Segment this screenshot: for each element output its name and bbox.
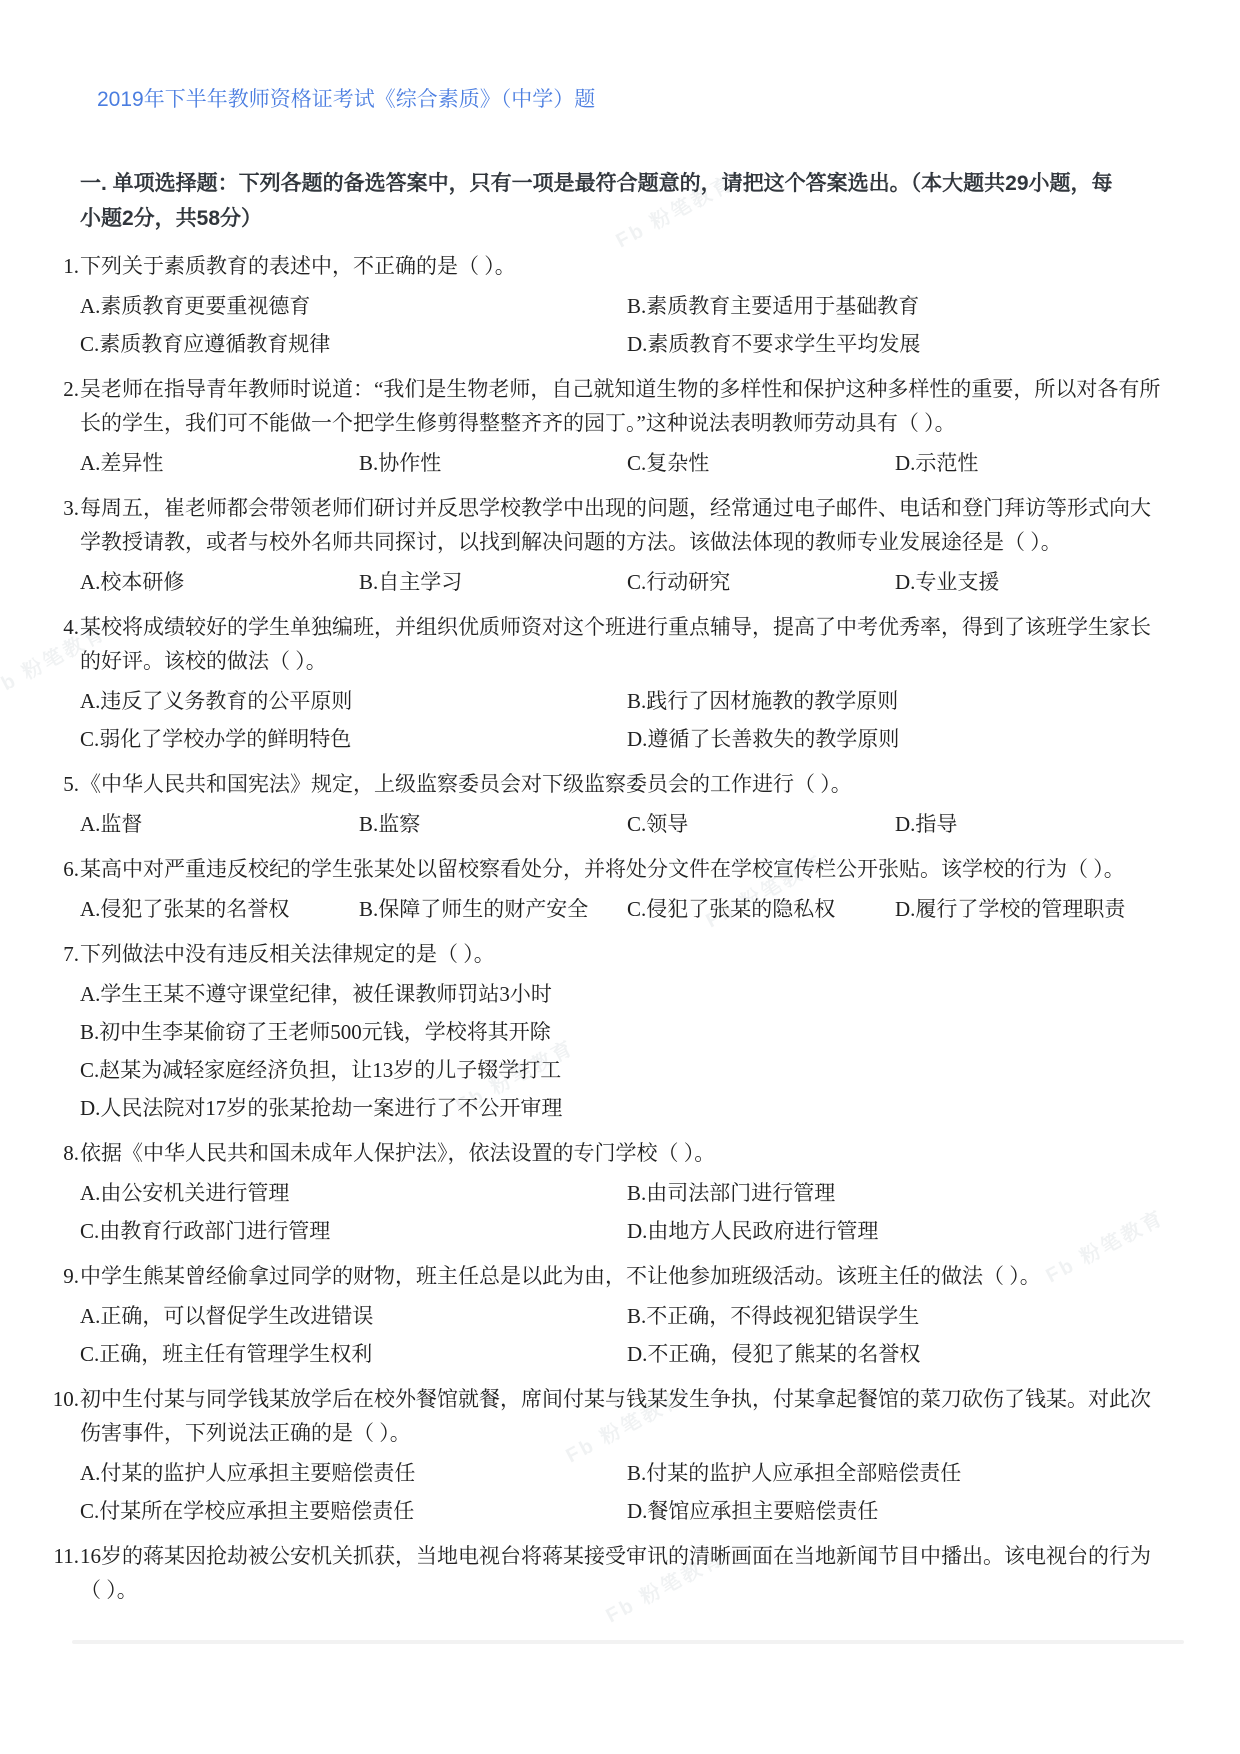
- options: A.素质教育更要重视德育B.素质教育主要适用于基础教育C.素质教育应遵循教育规律…: [80, 292, 1166, 359]
- option-C: C.行动研究: [627, 568, 895, 597]
- option-D: D.示范性: [895, 449, 1166, 478]
- question-stem: 8.依据《中华人民共和国未成年人保护法》，依法设置的专门学校（ ）。: [80, 1136, 1166, 1170]
- option-D: D.人民法院对17岁的张某抢劫一案进行了不公开审理: [80, 1094, 1166, 1123]
- option-A: A.由公安机关进行管理: [80, 1179, 627, 1208]
- option-C: C.复杂性: [627, 449, 895, 478]
- question-8: 8.依据《中华人民共和国未成年人保护法》，依法设置的专门学校（ ）。A.由公安机…: [80, 1136, 1166, 1246]
- option-B: B.初中生李某偷窃了王老师500元钱，学校将其开除: [80, 1018, 1166, 1047]
- option-B: B.践行了因材施教的教学原则: [627, 687, 1166, 716]
- question-text: 《中华人民共和国宪法》规定，上级监察委员会对下级监察委员会的工作进行（ ）。: [80, 772, 852, 796]
- option-B: B.协作性: [359, 449, 627, 478]
- question-number: 2.: [63, 372, 80, 406]
- question-number: 11.: [54, 1539, 80, 1573]
- question-number: 7.: [63, 937, 80, 971]
- section-header: 一. 单项选择题：下列各题的备选答案中，只有一项是最符合题意的，请把这个答案选出…: [80, 166, 1126, 236]
- options: A.差异性B.协作性C.复杂性D.示范性: [80, 449, 1166, 478]
- question-number: 5.: [63, 767, 80, 801]
- options: A.学生王某不遵守课堂纪律，被任课教师罚站3小时B.初中生李某偷窃了王老师500…: [80, 980, 1166, 1123]
- option-A: A.学生王某不遵守课堂纪律，被任课教师罚站3小时: [80, 980, 1166, 1009]
- option-A: A.素质教育更要重视德育: [80, 292, 627, 321]
- option-B: B.监察: [359, 810, 627, 839]
- option-B: B.由司法部门进行管理: [627, 1179, 1166, 1208]
- option-A: A.正确，可以督促学生改进错误: [80, 1302, 627, 1331]
- question-text: 依据《中华人民共和国未成年人保护法》，依法设置的专门学校（ ）。: [80, 1141, 715, 1165]
- question-number: 4.: [63, 610, 80, 644]
- question-9: 9.中学生熊某曾经偷拿过同学的财物，班主任总是以此为由，不让他参加班级活动。该班…: [80, 1259, 1166, 1369]
- question-1: 1.下列关于素质教育的表述中，不正确的是（ ）。A.素质教育更要重视德育B.素质…: [80, 249, 1166, 359]
- question-number: 9.: [63, 1259, 80, 1293]
- option-A: A.监督: [80, 810, 359, 839]
- question-stem: 6.某高中对严重违反校纪的学生张某处以留校察看处分，并将处分文件在学校宣传栏公开…: [80, 852, 1166, 886]
- option-C: C.素质教育应遵循教育规律: [80, 330, 627, 359]
- question-text: 16岁的蒋某因抢劫被公安机关抓获，当地电视台将蒋某接受审讯的清晰画面在当地新闻节…: [80, 1544, 1151, 1602]
- question-4: 4.某校将成绩较好的学生单独编班，并组织优质师资对这个班进行重点辅导，提高了中考…: [80, 610, 1166, 754]
- question-text: 下列关于素质教育的表述中，不正确的是（ ）。: [80, 254, 516, 278]
- option-A: A.付某的监护人应承担主要赔偿责任: [80, 1459, 627, 1488]
- options: A.监督B.监察C.领导D.指导: [80, 810, 1166, 839]
- option-D: D.由地方人民政府进行管理: [627, 1217, 1166, 1246]
- question-stem: 2.吴老师在指导青年教师时说道：“我们是生物老师，自己就知道生物的多样性和保护这…: [80, 372, 1166, 440]
- question-11: 11.16岁的蒋某因抢劫被公安机关抓获，当地电视台将蒋某接受审讯的清晰画面在当地…: [80, 1539, 1166, 1607]
- question-number: 10.: [53, 1382, 80, 1416]
- option-A: A.侵犯了张某的名誉权: [80, 895, 359, 924]
- options: A.侵犯了张某的名誉权B.保障了师生的财产安全C.侵犯了张某的隐私权D.履行了学…: [80, 895, 1166, 924]
- option-B: B.保障了师生的财产安全: [359, 895, 627, 924]
- question-stem: 5.《中华人民共和国宪法》规定，上级监察委员会对下级监察委员会的工作进行（ ）。: [80, 767, 1166, 801]
- questions-list: 1.下列关于素质教育的表述中，不正确的是（ ）。A.素质教育更要重视德育B.素质…: [80, 249, 1166, 1607]
- question-3: 3.每周五，崔老师都会带领老师们研讨并反思学校教学中出现的问题，经常通过电子邮件…: [80, 491, 1166, 597]
- question-text: 某校将成绩较好的学生单独编班，并组织优质师资对这个班进行重点辅导，提高了中考优秀…: [80, 615, 1151, 673]
- options: A.由公安机关进行管理B.由司法部门进行管理C.由教育行政部门进行管理D.由地方…: [80, 1179, 1166, 1246]
- question-text: 初中生付某与同学钱某放学后在校外餐馆就餐，席间付某与钱某发生争执，付某拿起餐馆的…: [80, 1387, 1151, 1445]
- question-number: 3.: [63, 491, 80, 525]
- option-C: C.付某所在学校应承担主要赔偿责任: [80, 1497, 627, 1526]
- option-C: C.领导: [627, 810, 895, 839]
- question-stem: 9.中学生熊某曾经偷拿过同学的财物，班主任总是以此为由，不让他参加班级活动。该班…: [80, 1259, 1166, 1293]
- options: A.校本研修B.自主学习C.行动研究D.专业支援: [80, 568, 1166, 597]
- question-text: 中学生熊某曾经偷拿过同学的财物，班主任总是以此为由，不让他参加班级活动。该班主任…: [80, 1264, 1041, 1288]
- option-C: C.正确，班主任有管理学生权利: [80, 1340, 627, 1369]
- question-2: 2.吴老师在指导青年教师时说道：“我们是生物老师，自己就知道生物的多样性和保护这…: [80, 372, 1166, 478]
- option-D: D.素质教育不要求学生平均发展: [627, 330, 1166, 359]
- question-text: 某高中对严重违反校纪的学生张某处以留校察看处分，并将处分文件在学校宣传栏公开张贴…: [80, 857, 1125, 881]
- option-C: C.由教育行政部门进行管理: [80, 1217, 627, 1246]
- page-title: 2019年下半年教师资格证考试《综合素质》（中学）题: [97, 86, 1240, 114]
- option-C: C.赵某为减轻家庭经济负担，让13岁的儿子辍学打工: [80, 1056, 1166, 1085]
- options: A.违反了义务教育的公平原则B.践行了因材施教的教学原则C.弱化了学校办学的鲜明…: [80, 687, 1166, 754]
- question-5: 5.《中华人民共和国宪法》规定，上级监察委员会对下级监察委员会的工作进行（ ）。…: [80, 767, 1166, 839]
- option-D: D.专业支援: [895, 568, 1166, 597]
- question-text: 吴老师在指导青年教师时说道：“我们是生物老师，自己就知道生物的多样性和保护这种多…: [80, 377, 1160, 435]
- option-B: B.素质教育主要适用于基础教育: [627, 292, 1166, 321]
- question-text: 下列做法中没有违反相关法律规定的是（ ）。: [80, 942, 495, 966]
- option-D: D.履行了学校的管理职责: [895, 895, 1166, 924]
- option-C: C.弱化了学校办学的鲜明特色: [80, 725, 627, 754]
- question-number: 6.: [63, 852, 80, 886]
- question-number: 1.: [63, 249, 80, 283]
- exam-document: { "page": { "title": "2019年下半年教师资格证考试《综合…: [0, 0, 1240, 1754]
- question-7: 7.下列做法中没有违反相关法律规定的是（ ）。A.学生王某不遵守课堂纪律，被任课…: [80, 937, 1166, 1123]
- question-stem: 11.16岁的蒋某因抢劫被公安机关抓获，当地电视台将蒋某接受审讯的清晰画面在当地…: [80, 1539, 1166, 1607]
- option-D: D.指导: [895, 810, 1166, 839]
- page-divider: [72, 1640, 1184, 1644]
- option-C: C.侵犯了张某的隐私权: [627, 895, 895, 924]
- question-number: 8.: [63, 1136, 80, 1170]
- question-stem: 10.初中生付某与同学钱某放学后在校外餐馆就餐，席间付某与钱某发生争执，付某拿起…: [80, 1382, 1166, 1450]
- options: A.付某的监护人应承担主要赔偿责任B.付某的监护人应承担全部赔偿责任C.付某所在…: [80, 1459, 1166, 1526]
- option-D: D.遵循了长善救失的教学原则: [627, 725, 1166, 754]
- option-A: A.校本研修: [80, 568, 359, 597]
- option-D: D.不正确，侵犯了熊某的名誉权: [627, 1340, 1166, 1369]
- options: A.正确，可以督促学生改进错误B.不正确，不得歧视犯错误学生C.正确，班主任有管…: [80, 1302, 1166, 1369]
- option-B: B.付某的监护人应承担全部赔偿责任: [627, 1459, 1166, 1488]
- question-6: 6.某高中对严重违反校纪的学生张某处以留校察看处分，并将处分文件在学校宣传栏公开…: [80, 852, 1166, 924]
- question-10: 10.初中生付某与同学钱某放学后在校外餐馆就餐，席间付某与钱某发生争执，付某拿起…: [80, 1382, 1166, 1526]
- question-stem: 1.下列关于素质教育的表述中，不正确的是（ ）。: [80, 249, 1166, 283]
- question-stem: 7.下列做法中没有违反相关法律规定的是（ ）。: [80, 937, 1166, 971]
- option-B: B.自主学习: [359, 568, 627, 597]
- option-A: A.差异性: [80, 449, 359, 478]
- question-stem: 4.某校将成绩较好的学生单独编班，并组织优质师资对这个班进行重点辅导，提高了中考…: [80, 610, 1166, 678]
- question-text: 每周五，崔老师都会带领老师们研讨并反思学校教学中出现的问题，经常通过电子邮件、电…: [80, 496, 1151, 554]
- option-D: D.餐馆应承担主要赔偿责任: [627, 1497, 1166, 1526]
- option-B: B.不正确，不得歧视犯错误学生: [627, 1302, 1166, 1331]
- option-A: A.违反了义务教育的公平原则: [80, 687, 627, 716]
- question-stem: 3.每周五，崔老师都会带领老师们研讨并反思学校教学中出现的问题，经常通过电子邮件…: [80, 491, 1166, 559]
